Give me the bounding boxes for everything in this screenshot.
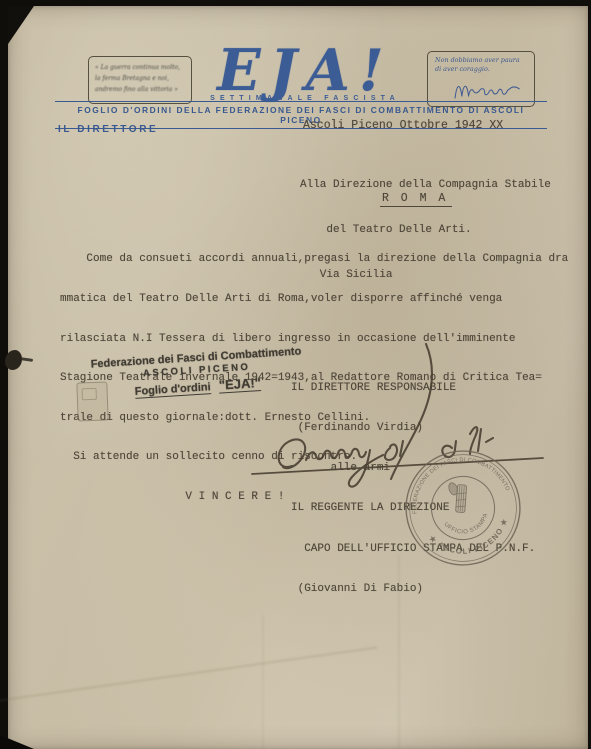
masthead-logo: EJA! <box>193 42 417 99</box>
masthead-right-quote-box: Non dobbiamo aver paura di aver coraggio… <box>427 51 535 107</box>
signature-line: (Giovanni Di Fabio) <box>291 583 535 596</box>
body-line: mmatica del Teatro Delle Arti di Roma,vo… <box>60 293 568 306</box>
fascio-icon <box>445 481 467 513</box>
masthead-left-quote-box: « La guerra continua molto, la ferma Bre… <box>88 56 192 104</box>
address-line: Alla Direzione della Compagnia Stabile <box>300 178 551 193</box>
right-quote-line: Non dobbiamo aver paura <box>435 56 527 65</box>
address-city: R O M A <box>380 192 452 207</box>
svg-text:★ ASCOLI PICENO ★: ★ ASCOLI PICENO ★ <box>426 515 516 565</box>
dateline: Ascoli Piceno Ottobre 1942 XX <box>303 119 503 132</box>
mussolini-signature-icon <box>450 77 526 104</box>
round-stamp-outer-bottom-text: ★ ASCOLI PICENO ★ <box>426 515 516 565</box>
left-quote-line: la ferma Bretagna e noi, <box>95 73 185 84</box>
director-label: IL DIRETTORE <box>58 124 158 135</box>
scanned-letter: « La guerra continua molto, la ferma Bre… <box>0 0 591 749</box>
left-quote-line: « La guerra continua molto, <box>95 62 185 73</box>
right-quote-line: di aver coraggio. <box>435 65 527 74</box>
body-line: Come da consueti accordi annuali,pregasi… <box>60 253 568 266</box>
left-quote-line: andremo fino alla vittoria » <box>95 84 185 95</box>
paper-crease <box>262 615 264 749</box>
